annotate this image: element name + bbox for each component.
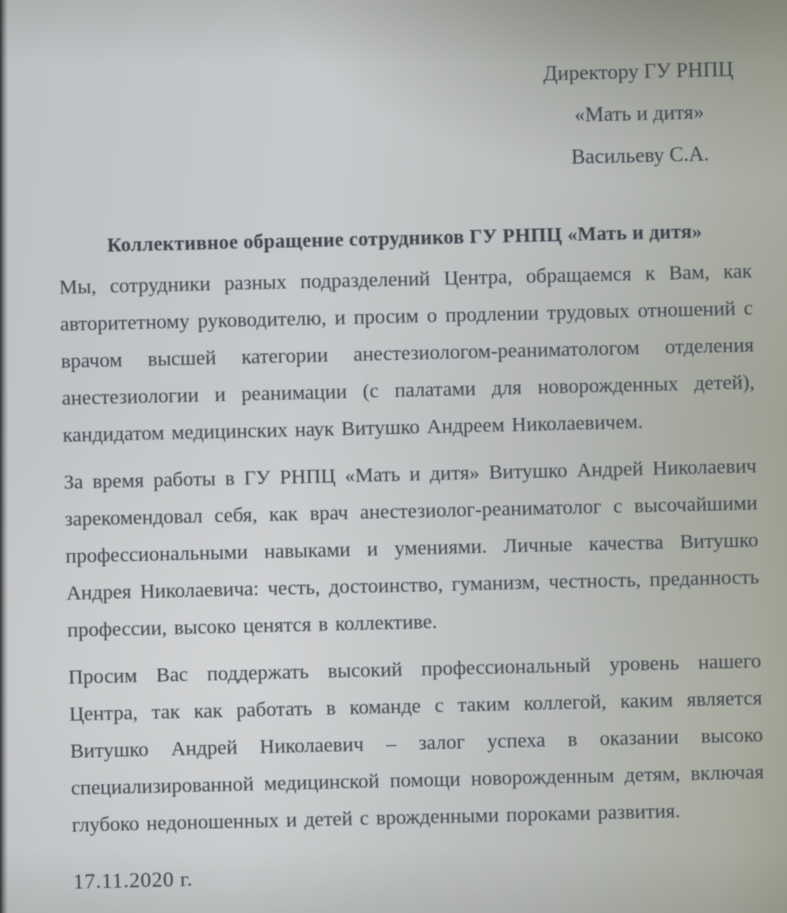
recipient-line-3: Васильеву С.А. [531, 132, 750, 179]
letter-paragraph-1: Мы, сотрудники разных подразделений Цент… [59, 253, 756, 454]
letter-page: Директору ГУ РНПЦ «Мать и дитя» Васильев… [0, 0, 787, 896]
letter-date: 17.11.2020 г. [73, 853, 766, 894]
recipient-line-2: «Мать и дитя» [530, 90, 749, 137]
recipient-line-1: Директору ГУ РНПЦ [529, 48, 748, 95]
letter-title: Коллективное обращение сотрудников ГУ РН… [58, 220, 751, 259]
recipient-block: Директору ГУ РНПЦ «Мать и дитя» Васильев… [529, 48, 750, 179]
document-photo: Директору ГУ РНПЦ «Мать и дитя» Васильев… [0, 0, 787, 913]
letter-paragraph-3: Просим Вас поддержать высокий профессион… [68, 643, 765, 844]
letter-paragraph-2: За время работы в ГУ РНПЦ «Мать и дитя» … [63, 448, 760, 649]
